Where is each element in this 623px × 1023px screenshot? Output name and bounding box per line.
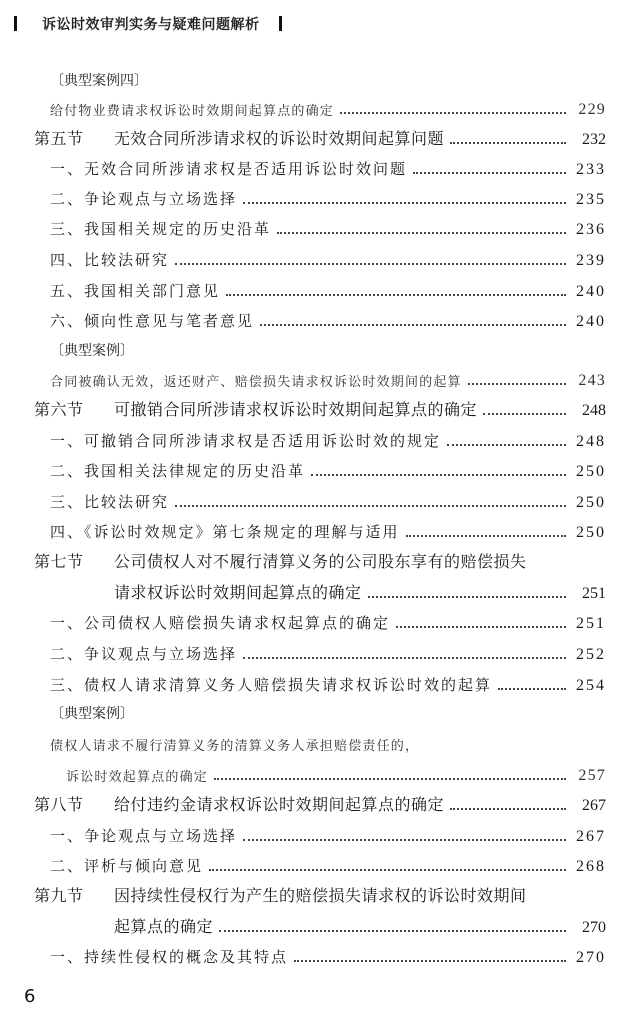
entry-page: 250: [572, 524, 606, 542]
entry-title: 五、我国相关部门意见: [50, 280, 220, 301]
toc-entry-subsection[interactable]: 一、持续性侵权的概念及其特点 270: [50, 939, 606, 967]
toc-entry-subsection[interactable]: 四、《诉讼时效规定》第七条规定的理解与适用 250: [50, 514, 606, 542]
entry-title: 二、争论观点与立场选择: [50, 188, 237, 209]
dot-leader: [396, 620, 566, 628]
entry-page: 235: [572, 191, 606, 209]
entry-page: 257: [572, 767, 606, 785]
entry-title: 给付物业费请求权诉讼时效期间起算点的确定: [50, 100, 334, 119]
entry-page: 252: [572, 646, 606, 664]
header-rule-right: [279, 16, 282, 31]
toc-entry-case[interactable]: 债权人请求不履行清算义务的清算义务人承担赔偿责任的，: [50, 726, 606, 754]
entry-title: 三、我国相关规定的历史沿革: [50, 218, 271, 239]
entry-page: 268: [572, 858, 606, 876]
entry-page: 229: [572, 101, 606, 119]
entry-title: 三、债权人请求清算义务人赔偿损失请求权诉讼时效的起算: [50, 674, 492, 695]
dot-leader: [243, 651, 566, 659]
entry-page: 251: [572, 585, 606, 603]
toc-entry-section-7-continued[interactable]: 请求权诉讼时效期间起算点的确定 251: [114, 575, 606, 603]
section-number: 第六节: [34, 397, 114, 420]
dot-leader: [243, 833, 566, 841]
section-title: 公司债权人对不履行清算义务的公司股东享有的赔偿损失: [114, 554, 527, 571]
header-rule-left: [14, 16, 17, 31]
section-title: 无效合同所涉请求权的诉讼时效期间起算问题: [114, 131, 444, 148]
toc-entry-subsection[interactable]: 五、我国相关部门意见 240: [50, 273, 606, 301]
section-number: 第八节: [34, 792, 114, 815]
toc-entry-section-7[interactable]: 第七节公司债权人对不履行清算义务的公司股东享有的赔偿损失: [34, 544, 606, 572]
entry-page: 251: [572, 615, 606, 633]
toc-entry-subsection[interactable]: 六、倾向性意见与笔者意见 240: [50, 303, 606, 331]
entry-page: 233: [572, 161, 606, 179]
entry-title: 四、比较法研究: [50, 249, 169, 270]
toc-entry-subsection[interactable]: 一、无效合同所涉请求权是否适用诉讼时效问题 233: [50, 151, 606, 179]
toc-entry-subsection[interactable]: 一、争论观点与立场选择 267: [50, 818, 606, 846]
section-number: 第七节: [34, 549, 114, 572]
section-title: 给付违约金请求权诉讼时效期间起算点的确定: [114, 797, 444, 814]
dot-leader: [175, 257, 566, 265]
case-label: 〔典型案例〕: [50, 332, 606, 360]
entry-title: 一、公司债权人赔偿损失请求权起算点的确定: [50, 612, 390, 633]
dot-leader: [226, 288, 566, 296]
entry-title: 二、评析与倾向意见: [50, 855, 203, 876]
toc-entry-subsection[interactable]: 二、争议观点与立场选择 252: [50, 636, 606, 664]
toc-entry-section-6[interactable]: 第六节可撤销合同所涉请求权诉讼时效期间起算点的确定 248: [34, 392, 606, 420]
dot-leader: [175, 499, 566, 507]
entry-title: 二、争议观点与立场选择: [50, 643, 237, 664]
dot-leader: [214, 772, 566, 780]
section-number: 第五节: [34, 126, 114, 149]
entry-title: 二、我国相关法律规定的历史沿革: [50, 460, 305, 481]
dot-leader: [450, 136, 566, 144]
toc-entry-subsection[interactable]: 二、争论观点与立场选择 235: [50, 181, 606, 209]
dot-leader: [243, 196, 566, 204]
running-header: 诉讼时效审判实务与疑难问题解析: [0, 10, 623, 34]
entry-title: 一、无效合同所涉请求权是否适用诉讼时效问题: [50, 158, 407, 179]
toc-entry-case[interactable]: 合同被确认无效，返还财产、赔偿损失请求权诉讼时效期间的起算 243: [50, 362, 606, 390]
entry-title: 诉讼时效起算点的确定: [66, 766, 208, 785]
entry-title: 一、可撤销合同所涉请求权是否适用诉讼时效的规定: [50, 430, 441, 451]
entry-title: 六、倾向性意见与笔者意见: [50, 310, 254, 331]
section-number: 第九节: [34, 883, 114, 906]
entry-title: 一、持续性侵权的概念及其特点: [50, 946, 288, 967]
toc-entry-subsection[interactable]: 三、债权人请求清算义务人赔偿损失请求权诉讼时效的起算 254: [50, 667, 606, 695]
dot-leader: [406, 529, 566, 537]
page-number: 6: [24, 986, 35, 1007]
entry-page: 248: [572, 433, 606, 451]
entry-page: 250: [572, 463, 606, 481]
entry-page: 250: [572, 494, 606, 512]
entry-page: 240: [572, 313, 606, 331]
dot-leader: [450, 802, 566, 810]
toc-entry-section-9-continued[interactable]: 起算点的确定 270: [114, 909, 606, 937]
entry-page: 267: [572, 828, 606, 846]
entry-title: 四、《诉讼时效规定》第七条规定的理解与适用: [50, 521, 400, 542]
section-title: 请求权诉讼时效期间起算点的确定: [114, 580, 362, 603]
case-label: 〔典型案例〕: [50, 695, 606, 723]
dot-leader: [219, 924, 566, 932]
entry-title: 一、争论观点与立场选择: [50, 825, 237, 846]
toc-entry-section-8[interactable]: 第八节给付违约金请求权诉讼时效期间起算点的确定 267: [34, 787, 606, 815]
entry-page: 254: [572, 677, 606, 695]
dot-leader: [340, 106, 566, 114]
entry-title: 合同被确认无效，返还财产、赔偿损失请求权诉讼时效期间的起算: [50, 371, 462, 390]
toc-entry-section-9[interactable]: 第九节因持续性侵权行为产生的赔偿损失请求权的诉讼时效期间: [34, 878, 606, 906]
toc-entry-case[interactable]: 给付物业费请求权诉讼时效期间起算点的确定 229: [50, 91, 606, 119]
book-title: 诉讼时效审判实务与疑难问题解析: [42, 14, 260, 34]
case-label: 〔典型案例四〕: [50, 62, 606, 90]
dot-leader: [447, 438, 566, 446]
section-title: 可撤销合同所涉请求权诉讼时效期间起算点的确定: [114, 402, 477, 419]
dot-leader: [209, 863, 566, 871]
entry-page: 270: [572, 919, 606, 937]
entry-page: 267: [572, 797, 606, 815]
toc-entry-case-continued[interactable]: 诉讼时效起算点的确定 257: [66, 757, 606, 785]
dot-leader: [368, 590, 566, 598]
toc-entry-subsection[interactable]: 二、我国相关法律规定的历史沿革 250: [50, 453, 606, 481]
section-title: 起算点的确定: [114, 914, 213, 937]
entry-page: 239: [572, 252, 606, 270]
dot-leader: [277, 226, 566, 234]
entry-title: 债权人请求不履行清算义务的清算义务人承担赔偿责任的，: [50, 735, 419, 754]
dot-leader: [468, 377, 566, 385]
entry-page: 243: [572, 372, 606, 390]
entry-page: 248: [572, 402, 606, 420]
toc-entry-subsection[interactable]: 一、公司债权人赔偿损失请求权起算点的确定 251: [50, 605, 606, 633]
entry-page: 240: [572, 283, 606, 301]
toc-entry-subsection[interactable]: 三、比较法研究 250: [50, 484, 606, 512]
toc-entry-subsection[interactable]: 四、比较法研究 239: [50, 242, 606, 270]
toc-entry-section-5[interactable]: 第五节无效合同所涉请求权的诉讼时效期间起算问题 232: [34, 121, 606, 149]
dot-leader: [260, 318, 566, 326]
entry-title: 三、比较法研究: [50, 491, 169, 512]
entry-page: 232: [572, 131, 606, 149]
dot-leader: [294, 954, 566, 962]
toc-entry-subsection[interactable]: 三、我国相关规定的历史沿革 236: [50, 211, 606, 239]
dot-leader: [483, 407, 566, 415]
entry-page: 270: [572, 949, 606, 967]
dot-leader: [413, 166, 566, 174]
entry-page: 236: [572, 221, 606, 239]
toc-entry-subsection[interactable]: 一、可撤销合同所涉请求权是否适用诉讼时效的规定 248: [50, 423, 606, 451]
dot-leader: [311, 468, 566, 476]
toc-entry-subsection[interactable]: 二、评析与倾向意见 268: [50, 848, 606, 876]
section-title: 因持续性侵权行为产生的赔偿损失请求权的诉讼时效期间: [114, 888, 527, 905]
dot-leader: [498, 682, 566, 690]
